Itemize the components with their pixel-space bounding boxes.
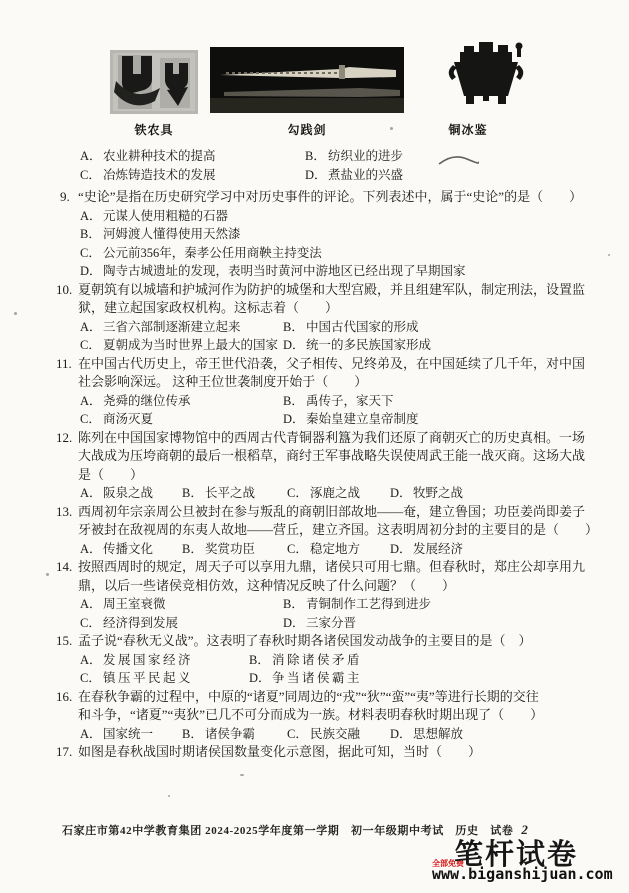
question-line: 10.夏朝筑有以城墙和护城河作为防护的城堡和大型宫殿，并且组建军队，制定刑法，设… bbox=[0, 281, 629, 300]
option: C．稳定地方 bbox=[287, 540, 390, 559]
question-line: 社会影响深远。 这种王位世袭制度开始于（ ） bbox=[0, 373, 629, 392]
option-letter: B． bbox=[283, 318, 306, 337]
iron-tools-illustration bbox=[110, 50, 198, 114]
option: A．国家统一 bbox=[80, 725, 182, 744]
option-letter: D． bbox=[390, 540, 413, 559]
option: D．思想解放 bbox=[390, 725, 463, 744]
question-number: 11. bbox=[56, 355, 78, 374]
option-letter: C． bbox=[80, 614, 103, 633]
option-group: A．传播文化B．奖赏功臣C．稳定地方D．发展经济 bbox=[0, 540, 629, 559]
question-number: 12. bbox=[56, 429, 78, 448]
option: B．消除诸侯矛盾 bbox=[249, 651, 362, 670]
option-group: A．发展国家经济B．消除诸侯矛盾C．镇压平民起义D．争当诸侯霸主 bbox=[0, 651, 629, 688]
option: A．周王室衰微 bbox=[80, 595, 283, 614]
question-line: 13.西周初年宗亲周公旦被封在参与叛乱的商朝旧部故地——奄，建立鲁国；功臣姜尚即… bbox=[0, 503, 629, 522]
question: 16.在春秋争霸的过程中，中原的“诸夏”同周边的“戎”“狄”“蛮”“夷”等进行长… bbox=[0, 688, 629, 744]
option-letter: C． bbox=[80, 410, 103, 429]
question-line: 14.按照西周时的规定，周天子可以享用九鼎，诸侯只可用七鼎。但春秋时，郑庄公却享… bbox=[0, 558, 629, 577]
option: C．镇压平民起义 bbox=[80, 669, 249, 688]
option-letter: C． bbox=[80, 166, 103, 185]
question-line: 9.“史论”是指在历史研究学习中对历史事件的评论。下列表述中，属于“史论”的是（… bbox=[0, 188, 629, 207]
question-number: 9. bbox=[60, 188, 82, 207]
question: 12.陈列在中国国家博物馆中的西周古代青铜器利簋为我们还原了商朝灭亡的历史真相。… bbox=[0, 429, 629, 503]
option-letter: D． bbox=[249, 669, 272, 688]
option: A．发展国家经济 bbox=[80, 651, 249, 670]
option-letter: C． bbox=[80, 336, 103, 355]
option: D．统一的多民族国家形成 bbox=[283, 336, 431, 355]
option-letter: D． bbox=[80, 262, 103, 281]
question-number: 13. bbox=[56, 503, 78, 522]
option-letter: A． bbox=[80, 207, 103, 226]
figure-label-bronze-vessel: 铜冰鉴 bbox=[428, 121, 508, 138]
question: 15.孟子说“春秋无义战”。这表明了春秋时期各诸侯国发动战争的主要目的是（ ）A… bbox=[0, 632, 629, 688]
option-letter: B． bbox=[305, 147, 328, 166]
option: C．民族交融 bbox=[287, 725, 390, 744]
option: D．陶寺古城遗址的发现，表明当时黄河中游地区已经出现了早期国家 bbox=[80, 262, 629, 281]
goujian-sword-photo bbox=[210, 47, 404, 113]
option-letter: A． bbox=[80, 725, 103, 744]
option: D．牧野之战 bbox=[390, 484, 463, 503]
option: C．夏朝成为当时世界上最大的国家 bbox=[80, 336, 283, 355]
question-line: 牙被封在敌视周的东夷人故地——营丘，建立齐国。这表明周初分封的主要目的是（ ） bbox=[0, 521, 629, 540]
scan-speck bbox=[168, 795, 170, 797]
option: C．商汤灭夏 bbox=[80, 410, 283, 429]
option-letter: C． bbox=[287, 725, 310, 744]
option: A．传播文化 bbox=[80, 540, 182, 559]
option-letter: D． bbox=[390, 484, 413, 503]
option-letter: B． bbox=[182, 725, 205, 744]
option: A．阪泉之战 bbox=[80, 484, 182, 503]
option-letter: A． bbox=[80, 540, 103, 559]
option: B．中国古代国家的形成 bbox=[283, 318, 431, 337]
option-letter: C． bbox=[287, 540, 310, 559]
option: D．煮盐业的兴盛 bbox=[305, 166, 403, 185]
footer-text: 石家庄市第42中学教育集团 2024-2025学年度第一学期 初一年级期中考试 … bbox=[62, 825, 513, 837]
pen-mark bbox=[437, 152, 479, 170]
option-letter: B． bbox=[182, 484, 205, 503]
watermark-url: www.biganshijuan.com bbox=[432, 865, 613, 883]
question-line: 是（ ） bbox=[0, 466, 629, 485]
question-line: 17.如图是春秋战国时期诸侯国数量变化示意图，据此可知，当时（ ） bbox=[0, 743, 629, 762]
question-number: 15. bbox=[56, 632, 78, 651]
option-letter: A． bbox=[80, 595, 103, 614]
vessel-illustration bbox=[446, 38, 526, 116]
option-group: A．尧舜的继位传承B．禹传子，家天下C．商汤灭夏D．秦始皇建立皇帝制度 bbox=[0, 392, 629, 429]
option-group: A．元谋人使用粗糙的石器B．河姆渡人懂得使用天然漆C．公元前356年，秦孝公任用… bbox=[0, 207, 629, 281]
question-line: 15.孟子说“春秋无义战”。这表明了春秋时期各诸侯国发动战争的主要目的是（ ） bbox=[0, 632, 629, 651]
option: A．农业耕种技术的提高 bbox=[80, 147, 305, 166]
option-letter: B． bbox=[182, 540, 205, 559]
option: D．争当诸侯霸主 bbox=[249, 669, 362, 688]
question: 10.夏朝筑有以城墙和护城河作为防护的城堡和大型宫殿，并且组建军队，制定刑法，设… bbox=[0, 281, 629, 355]
option: B．河姆渡人懂得使用天然漆 bbox=[80, 225, 629, 244]
scan-speck bbox=[46, 573, 49, 576]
question-number: 17. bbox=[56, 743, 78, 762]
option-letter: D． bbox=[283, 336, 306, 355]
option-group: A．三省六部制逐渐建立起来B．中国古代国家的形成C．夏朝成为当时世界上最大的国家… bbox=[0, 318, 629, 355]
question-list: 9.“史论”是指在历史研究学习中对历史事件的评论。下列表述中，属于“史论”的是（… bbox=[0, 188, 629, 762]
option-letter: C． bbox=[287, 484, 310, 503]
option: C．公元前356年，秦孝公任用商鞅主持变法 bbox=[80, 244, 629, 263]
option-group: A．国家统一B．诸侯争霸C．民族交融D．思想解放 bbox=[0, 725, 629, 744]
scan-speck bbox=[240, 774, 244, 776]
option-letter: A． bbox=[80, 484, 103, 503]
question-line: 12.陈列在中国国家博物馆中的西周古代青铜器利簋为我们还原了商朝灭亡的历史真相。… bbox=[0, 429, 629, 448]
option-group: A．周王室衰微B．青铜制作工艺得到进步C．经济得到发展D．三家分晋 bbox=[0, 595, 629, 632]
question-line: 11.在中国古代历史上，帝王世代沿袭，父子相传、兄终弟及，在中国延续了几千年，对… bbox=[0, 355, 629, 374]
option-letter: A． bbox=[80, 651, 103, 670]
figure-label-iron-tools: 铁农具 bbox=[110, 121, 198, 138]
question: 14.按照西周时的规定，周天子可以享用九鼎，诸侯只可用七鼎。但春秋时，郑庄公却享… bbox=[0, 558, 629, 632]
option: B．诸侯争霸 bbox=[182, 725, 287, 744]
option-letter: D． bbox=[305, 166, 328, 185]
option-letter: B． bbox=[283, 595, 306, 614]
option-letter: C． bbox=[80, 244, 103, 263]
question: 11.在中国古代历史上，帝王世代沿袭，父子相传、兄终弟及，在中国延续了几千年，对… bbox=[0, 355, 629, 429]
option: B．青铜制作工艺得到进步 bbox=[283, 595, 431, 614]
question-line: 和斗争，“诸夏”“夷狄”已几不可分而成为一族。材料表明春秋时期出现了（ ） bbox=[0, 706, 629, 725]
question-number: 14. bbox=[56, 558, 78, 577]
question-number: 16. bbox=[56, 688, 78, 707]
option: C．经济得到发展 bbox=[80, 614, 283, 633]
option: C．涿鹿之战 bbox=[287, 484, 390, 503]
option-letter: D． bbox=[283, 614, 306, 633]
option-letter: A． bbox=[80, 147, 103, 166]
scanned-exam-page: 铁农具 勾践剑 铜冰鉴 A．农业耕种技术的提高B．纺织业的进步C．冶炼铸造技术的… bbox=[0, 0, 629, 893]
option: B．长平之战 bbox=[182, 484, 287, 503]
question: 13.西周初年宗亲周公旦被封在参与叛乱的商朝旧部故地——奄，建立鲁国；功臣姜尚即… bbox=[0, 503, 629, 559]
option-letter: B． bbox=[249, 651, 272, 670]
option-letter: A． bbox=[80, 392, 103, 411]
option: D．三家分晋 bbox=[283, 614, 431, 633]
option: D．秦始皇建立皇帝制度 bbox=[283, 410, 419, 429]
question-number: 10. bbox=[56, 281, 78, 300]
bronze-ice-vessel-photo bbox=[446, 38, 526, 116]
question-line: 16.在春秋争霸的过程中，中原的“诸夏”同周边的“戎”“狄”“蛮”“夷”等进行长… bbox=[0, 688, 629, 707]
sword-illustration bbox=[210, 47, 404, 113]
question-line: 大战成为压垮商朝的最后一根稻草，商纣王军事战略失误使周武王能一战灭商。这场大战 bbox=[0, 447, 629, 466]
question-line: 狱，建立起国家政权机构。这标志着（ ） bbox=[0, 299, 629, 318]
option: D．发展经济 bbox=[390, 540, 463, 559]
lead-question-options: A．农业耕种技术的提高B．纺织业的进步C．冶炼铸造技术的发展D．煮盐业的兴盛 bbox=[0, 147, 629, 184]
option: B．奖赏功臣 bbox=[182, 540, 287, 559]
option-letter: D． bbox=[390, 725, 413, 744]
option: B．纺织业的进步 bbox=[305, 147, 403, 166]
option: C．冶炼铸造技术的发展 bbox=[80, 166, 305, 185]
scan-speck bbox=[14, 312, 17, 315]
scan-speck bbox=[608, 254, 610, 256]
question-line: 鼎，以后一些诸侯竞相仿效，这种情况反映了什么问题？（ ） bbox=[0, 577, 629, 596]
option: A．元谋人使用粗糙的石器 bbox=[80, 207, 629, 226]
scan-speck bbox=[390, 127, 393, 130]
option-letter: B． bbox=[80, 225, 103, 244]
option-group: A．阪泉之战B．长平之战C．涿鹿之战D．牧野之战 bbox=[0, 484, 629, 503]
option-letter: C． bbox=[80, 669, 103, 688]
figure-label-goujian-sword: 勾践剑 bbox=[210, 121, 404, 138]
option-letter: D． bbox=[283, 410, 306, 429]
option: A．尧舜的继位传承 bbox=[80, 392, 283, 411]
option-letter: B． bbox=[283, 392, 306, 411]
option-letter: A． bbox=[80, 318, 103, 337]
iron-farm-tools-photo bbox=[110, 50, 198, 114]
question: 17.如图是春秋战国时期诸侯国数量变化示意图，据此可知，当时（ ） bbox=[0, 743, 629, 762]
option: B．禹传子，家天下 bbox=[283, 392, 419, 411]
option: A．三省六部制逐渐建立起来 bbox=[80, 318, 283, 337]
question: 9.“史论”是指在历史研究学习中对历史事件的评论。下列表述中，属于“史论”的是（… bbox=[0, 188, 629, 281]
